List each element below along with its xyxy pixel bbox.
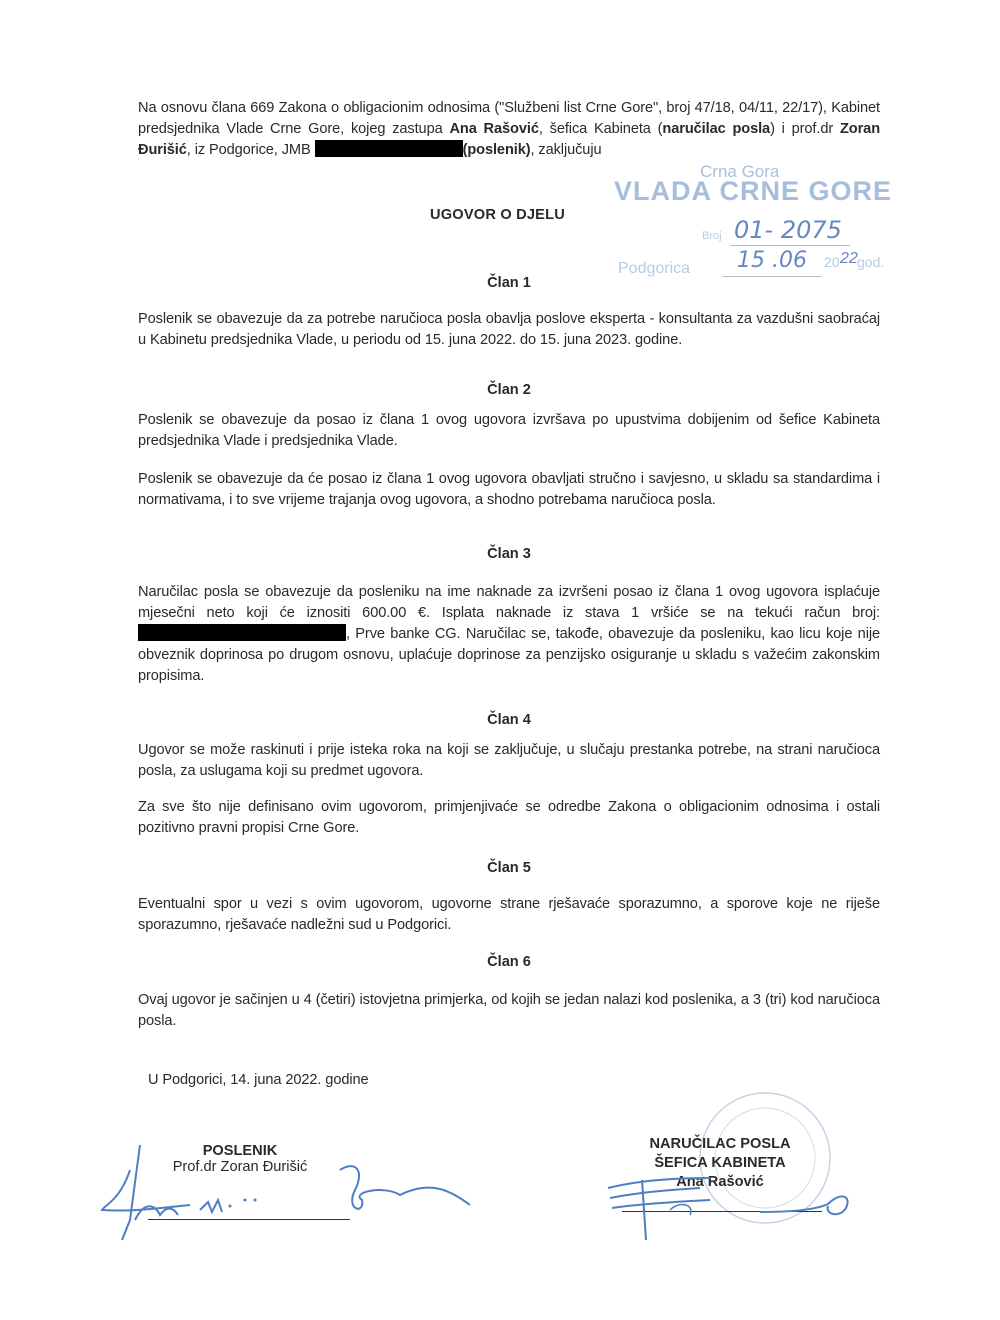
- stamp-number-line: [730, 245, 850, 246]
- stamp-year-suffix: 22: [840, 250, 858, 268]
- intro-paragraph: Na osnovu člana 669 Zakona o obligacioni…: [138, 98, 880, 161]
- article-3-text: Naručilac posla se obavezuje da poslenik…: [138, 584, 880, 621]
- account-redaction: [138, 624, 346, 641]
- article-5-heading: Član 5: [138, 860, 880, 876]
- stamp-government: VLADA CRNE GORE: [614, 176, 892, 207]
- article-2-paragraph-2: Poslenik se obavezuje da će posao iz čla…: [138, 469, 880, 511]
- client-label: naručilac posla: [662, 121, 770, 137]
- article-1-heading: Član 1: [138, 275, 880, 291]
- signatory-name: Ana Rašović: [449, 121, 538, 137]
- stamp-number-label: Broj: [702, 230, 722, 242]
- client-handwritten-signature: [600, 1170, 860, 1250]
- article-1-paragraph: Poslenik se obavezuje da za potrebe naru…: [138, 309, 880, 351]
- government-registry-stamp: Crna Gora VLADA CRNE GORE Broj 01- 2075 …: [612, 162, 912, 272]
- article-3-heading: Član 3: [138, 546, 880, 562]
- stamp-god-label: god.: [857, 254, 884, 270]
- article-6-heading: Član 6: [138, 954, 880, 970]
- intro-from-text: , iz Podgorice, JMB: [187, 142, 315, 158]
- article-2-paragraph-1: Poslenik se obavezuje da posao iz člana …: [138, 410, 880, 452]
- intro-end-text: , zaključuju: [530, 142, 601, 158]
- article-4-heading: Član 4: [138, 712, 880, 728]
- article-4-paragraph-1: Ugovor se može raskinuti i prije isteka …: [138, 740, 880, 782]
- contract-page: Na osnovu člana 669 Zakona o obligacioni…: [0, 0, 1000, 1320]
- intro-role-text: , šefica Kabineta (: [539, 121, 663, 137]
- article-3-paragraph: Naručilac posla se obavezuje da poslenik…: [138, 582, 880, 687]
- stamp-date-value: 15 .06: [737, 248, 807, 273]
- stamp-number-value: 01- 2075: [734, 216, 842, 244]
- article-4-paragraph-2: Za sve što nije definisano ovim ugovorom…: [138, 797, 880, 839]
- article-5-paragraph: Eventualni spor u vezi s ovim ugovorom, …: [138, 894, 880, 936]
- jmb-redaction: [315, 140, 463, 157]
- contractor-handwritten-signature: [100, 1140, 480, 1250]
- document-title: UGOVOR O DJELU: [430, 207, 565, 223]
- article-2-heading: Član 2: [138, 382, 880, 398]
- client-role: NARUČILAC POSLA: [630, 1135, 810, 1154]
- stamp-year-prefix: 20: [824, 254, 840, 270]
- article-6-paragraph: Ovaj ugovor je sačinjen u 4 (četiri) ist…: [138, 990, 880, 1032]
- contractor-role-label: (poslenik): [463, 142, 531, 158]
- intro-and-text: ) i prof.dr: [770, 121, 840, 137]
